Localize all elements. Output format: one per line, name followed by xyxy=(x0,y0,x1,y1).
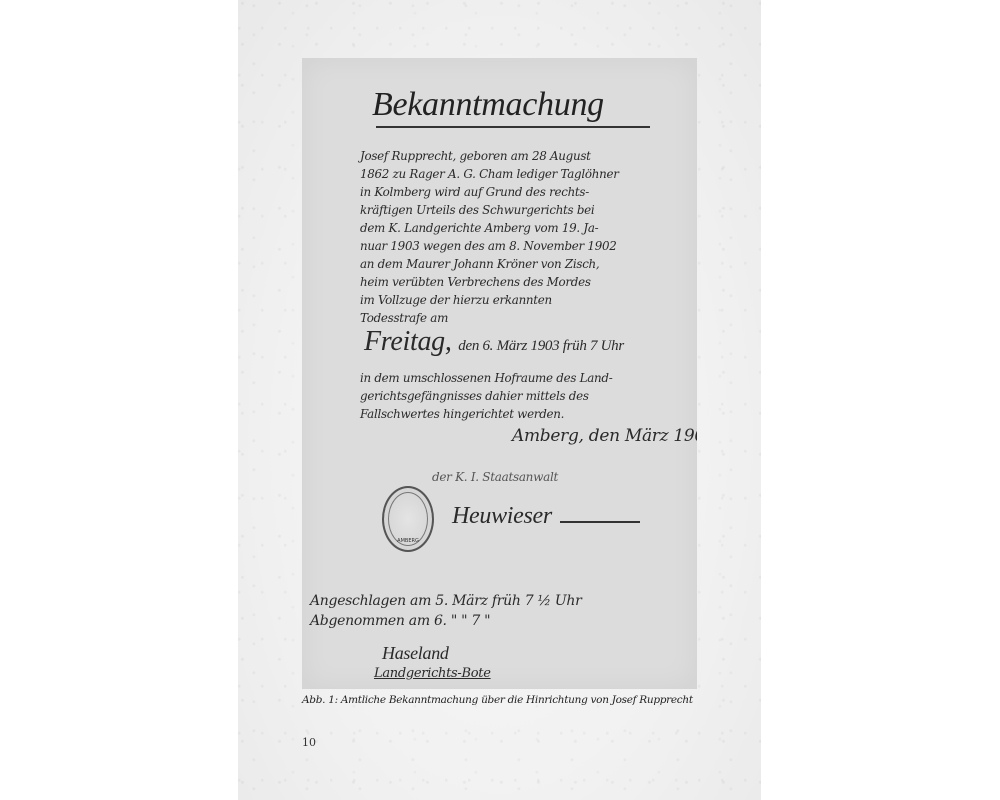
body-line: dem K. Landgerichte Amberg vom 19. Ja- xyxy=(360,220,598,235)
official-seal-icon: AMBERG xyxy=(382,486,434,552)
place-date: Amberg, den März 1903. xyxy=(512,426,697,446)
body-line: in dem umschlossenen Hofraume des Land- xyxy=(360,370,612,385)
posting-note: Angeschlagen am 5. März früh 7 ½ Uhr xyxy=(310,593,581,609)
body-line: in Kolmberg wird auf Grund des rechts- xyxy=(360,184,589,199)
clerk-signature: Haseland xyxy=(382,643,449,664)
seal-text: AMBERG xyxy=(384,538,432,544)
clerk-title: Landgerichts-Bote xyxy=(374,666,491,681)
prosecutor-signature: Heuwieser xyxy=(452,503,552,530)
body-line: Todesstrafe am xyxy=(360,310,448,325)
removal-note: Abgenommen am 6. " " 7 " xyxy=(310,613,490,629)
document-scan-figure: Bekanntmachung Josef Rupprecht, geboren … xyxy=(302,58,697,689)
body-line: heim verübten Verbrechens des Mordes xyxy=(360,274,591,289)
authority-line: der K. I. Staatsanwalt xyxy=(432,470,558,484)
body-line: an dem Maurer Johann Kröner von Zisch, xyxy=(360,256,599,271)
body-line: gerichtsgefängnisses dahier mittels des xyxy=(360,388,589,403)
body-line: Josef Rupprecht, geboren am 28 August xyxy=(360,148,591,163)
body-line: im Vollzuge der hierzu erkannten xyxy=(360,292,552,307)
book-page: Bekanntmachung Josef Rupprecht, geboren … xyxy=(238,0,761,800)
body-line: Fallschwertes hingerichtet werden. xyxy=(360,406,564,421)
execution-date-line: Freitag, den 6. März 1903 früh 7 Uhr xyxy=(364,326,624,358)
page-number: 10 xyxy=(302,736,316,749)
signature-flourish xyxy=(560,521,640,523)
title-underline xyxy=(376,126,650,128)
body-line: nuar 1903 wegen des am 8. November 1902 xyxy=(360,238,617,253)
execution-weekday: Freitag, xyxy=(364,326,452,357)
body-line: kräftigen Urteils des Schwurgerichts bei xyxy=(360,202,594,217)
figure-caption: Abb. 1: Amtliche Bekanntmachung über die… xyxy=(302,694,693,706)
document-title: Bekanntmachung xyxy=(372,86,604,124)
execution-date: den 6. März 1903 früh 7 Uhr xyxy=(458,338,624,354)
body-line: 1862 zu Rager A. G. Cham lediger Taglöhn… xyxy=(360,166,619,181)
